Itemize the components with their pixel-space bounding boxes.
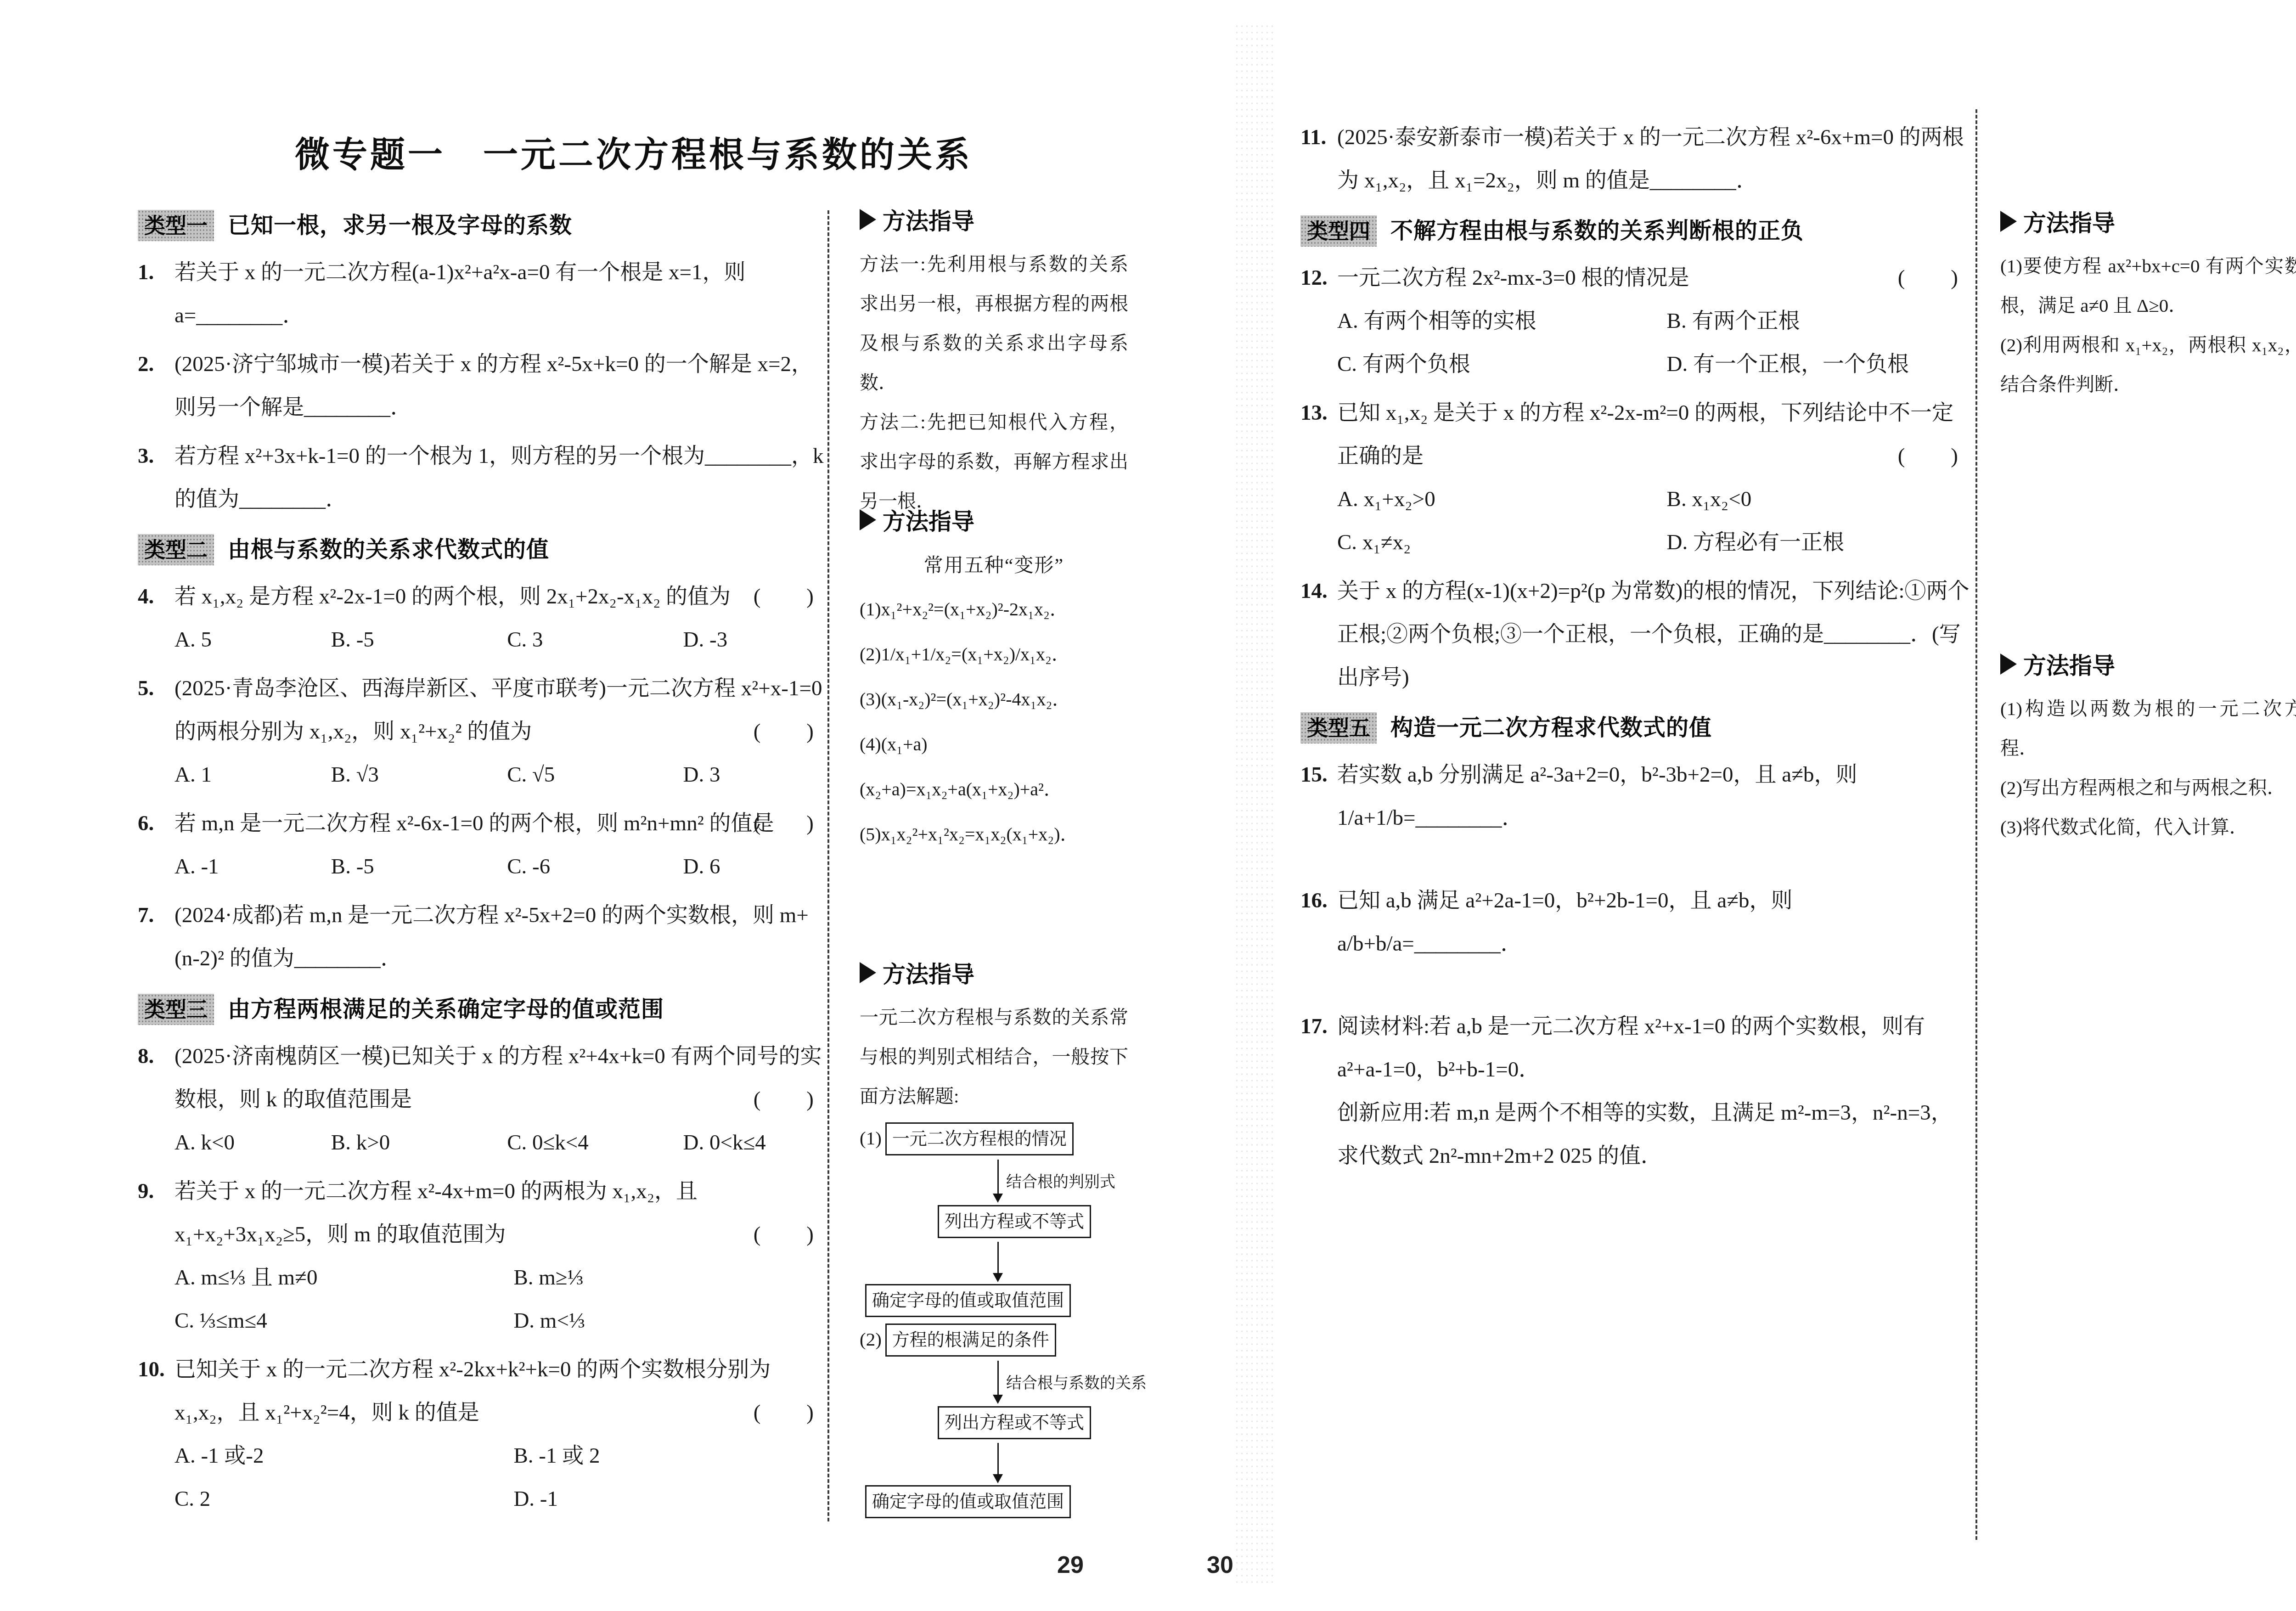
left-column-divider	[827, 210, 829, 1521]
problem-17: 17.阅读材料:若 a,b 是一元二次方程 x²+x-1=0 的两个实数根，则有…	[1300, 1005, 1971, 1177]
answer-bracket: ( )	[754, 1078, 815, 1121]
option-b: B. x₁x₂<0	[1667, 478, 1971, 521]
section-type3: 类型三由方程两根满足的关系确定字母的值或范围	[138, 986, 827, 1031]
problem-text: (2025·济南槐荫区一模)已知关于 x 的方程 x²+4x+k=0 有两个同号…	[174, 1044, 822, 1111]
problem-number: 14.	[1300, 569, 1337, 613]
problem-14: 14.关于 x 的方程(x-1)(x+2)=p²(p 为常数)的根的情况，下列结…	[1300, 569, 1971, 699]
option-b: B. m≥⅓	[513, 1256, 827, 1299]
problem-12: 12.一元二次方程 2x²-mx-3=0 根的情况是( ) A. 有两个相等的实…	[1300, 256, 1971, 386]
option-a: A. 5	[174, 618, 331, 661]
problem-9: 9.若关于 x 的一元二次方程 x²-4x+m=0 的两根为 x₁,x₂，且 x…	[138, 1170, 827, 1342]
method-guide-3: 方法指导 一元二次方程根与系数的关系常与根的判别式相结合，一般按下面方法解题: …	[860, 956, 1128, 1518]
guide-header: 方法指导	[2000, 205, 2296, 238]
section-type1: 类型一已知一根，求另一根及字母的系数	[138, 202, 827, 247]
options-grid: A. 有两个相等的实根 B. 有两个正根 C. 有两个负根 D. 有一个正根，一…	[1300, 299, 1971, 386]
problem-number: 3.	[138, 434, 174, 478]
option-d: D. 0<k≤4	[683, 1121, 827, 1164]
guide-label: 方法指导	[883, 203, 974, 236]
problem-text: (2025·济宁邹城市一模)若关于 x 的方程 x²-5x+k=0 的一个解是 …	[174, 352, 813, 419]
method-guide-4: 方法指导 (1)要使方程 ax²+bx+c=0 有两个实数根，满足 a≠0 且 …	[2000, 205, 2296, 404]
flow-box-3: 确定字母的值或取值范围	[865, 1485, 1071, 1518]
flow-box-3: 确定字母的值或取值范围	[865, 1284, 1071, 1317]
option-a: A. 有两个相等的实根	[1337, 299, 1667, 343]
guide-label: 方法指导	[883, 956, 974, 989]
flow-arrow-row	[860, 1439, 1128, 1485]
guide-formulas: (1)x₁²+x₂²=(x₁+x₂)²-2x₁x₂． (2)1/x₁+1/x₂=…	[860, 587, 1128, 857]
flow-box-1: 方程的根满足的条件	[885, 1324, 1056, 1357]
flow-arrow-label: 结合根的判别式	[1006, 1169, 1115, 1192]
option-d: D. 有一个正根，一个负根	[1667, 343, 1971, 386]
option-d: D. -3	[683, 618, 827, 661]
type4-title: 不解方程由根与系数的关系判断根的正负	[1390, 209, 1804, 253]
flow-label: (1)	[860, 1127, 882, 1149]
problem-number: 1.	[138, 251, 174, 294]
guide-arrow-icon	[2000, 653, 2017, 675]
answer-bracket: ( )	[754, 802, 815, 845]
option-b: B. -5	[331, 618, 507, 661]
guide-label: 方法指导	[2023, 205, 2115, 238]
option-a: A. m≤⅓ 且 m≠0	[174, 1256, 513, 1299]
type5-badge: 类型五	[1300, 712, 1377, 744]
problem-text: 若方程 x²+3x+k-1=0 的一个根为 1，则方程的另一个根为_______…	[174, 444, 824, 511]
option-c: C. √5	[507, 753, 683, 796]
option-a: A. -1	[174, 845, 331, 888]
flow-box-2: 列出方程或不等式	[938, 1406, 1091, 1439]
problem-number: 4.	[138, 575, 174, 618]
guide-label: 方法指导	[883, 503, 974, 536]
problem-number: 16.	[1300, 879, 1337, 922]
flow-step-row: (2)方程的根满足的条件	[860, 1324, 1128, 1357]
guide-label: 方法指导	[2023, 648, 2115, 681]
flowchart-1: (1)一元二次方程根的情况 结合根的判别式 列出方程或不等式 确定字母的值或取值…	[860, 1122, 1128, 1317]
options-grid: A. m≤⅓ 且 m≠0 B. m≥⅓ C. ⅓≤m≤4 D. m<⅓	[138, 1256, 827, 1342]
option-c: C. ⅓≤m≤4	[174, 1299, 513, 1342]
type1-title: 已知一根，求另一根及字母的系数	[228, 204, 572, 247]
answer-bracket: ( )	[754, 710, 815, 753]
down-arrow-icon	[997, 1242, 999, 1280]
problem-number: 11.	[1300, 116, 1337, 159]
answer-bracket: ( )	[754, 575, 815, 618]
guide-header: 方法指导	[860, 203, 1128, 236]
options-grid: A. x₁+x₂>0 B. x₁x₂<0 C. x₁≠x₂ D. 方程必有一正根	[1300, 478, 1971, 564]
method-guide-1: 方法指导 方法一:先利用根与系数的关系求出另一根，再根据方程的两根及根与系数的关…	[860, 203, 1128, 521]
option-d: D. -1	[513, 1477, 827, 1521]
type2-badge: 类型二	[138, 534, 214, 565]
type3-badge: 类型三	[138, 994, 214, 1025]
answer-bracket: ( )	[754, 1391, 815, 1434]
problem-number: 17.	[1300, 1005, 1337, 1048]
guide-header: 方法指导	[2000, 648, 2296, 681]
problem-text: 已知关于 x 的一元二次方程 x²-2kx+k²+k=0 的两个实数根分别为 x…	[174, 1358, 771, 1425]
section-type4: 类型四不解方程由根与系数的关系判断根的正负	[1300, 208, 1971, 253]
option-d: D. m<⅓	[513, 1299, 827, 1342]
problem-number: 15.	[1300, 753, 1337, 796]
option-c: C. 0≤k<4	[507, 1121, 683, 1164]
flow-arrow-label: 结合根与系数的关系	[1006, 1370, 1147, 1393]
options-row: A. -1 B. -5 C. -6 D. 6	[138, 845, 827, 888]
problem-2: 2.(2025·济宁邹城市一模)若关于 x 的方程 x²-5x+k=0 的一个解…	[138, 343, 827, 429]
type3-title: 由方程两根满足的关系确定字母的值或范围	[228, 988, 664, 1031]
problem-number: 2.	[138, 343, 174, 386]
option-b: B. -5	[331, 845, 507, 888]
answer-bracket: ( )	[754, 1213, 815, 1256]
problem-7: 7.(2024·成都)若 m,n 是一元二次方程 x²-5x+2=0 的两个实数…	[138, 894, 827, 980]
option-b: B. k>0	[331, 1121, 507, 1164]
page-title: 微专题一 一元二次方程根与系数的关系	[138, 127, 1130, 177]
option-a: A. k<0	[174, 1121, 331, 1164]
option-b: B. 有两个正根	[1667, 299, 1971, 343]
options-row: A. 5 B. -5 C. 3 D. -3	[138, 618, 827, 661]
option-a: A. x₁+x₂>0	[1337, 478, 1667, 521]
page-number-left: 29	[1057, 1551, 1084, 1579]
down-arrow-icon	[997, 1443, 999, 1481]
problem-number: 9.	[138, 1170, 174, 1213]
guide-arrow-icon	[860, 509, 876, 530]
problem-text: 已知 a,b 满足 a²+2a-1=0，b²+2b-1=0，且 a≠b，则 a/…	[1337, 889, 1793, 956]
flow-box-2: 列出方程或不等式	[938, 1205, 1091, 1238]
option-c: C. 3	[507, 618, 683, 661]
flow-arrow-row: 结合根的判别式	[860, 1155, 1128, 1205]
type5-title: 构造一元二次方程求代数式的值	[1390, 706, 1712, 749]
problem-1: 1.若关于 x 的一元二次方程(a-1)x²+a²x-a=0 有一个根是 x=1…	[138, 251, 827, 337]
problem-number: 13.	[1300, 391, 1337, 434]
problem-number: 6.	[138, 802, 174, 845]
problem-10: 10.已知关于 x 的一元二次方程 x²-2kx+k²+k=0 的两个实数根分别…	[138, 1348, 827, 1521]
options-row: A. 1 B. √3 C. √5 D. 3	[138, 753, 827, 796]
answer-bracket: ( )	[1898, 256, 1959, 299]
problem-number: 10.	[138, 1348, 174, 1391]
guide-header: 方法指导	[860, 503, 1128, 536]
option-b: B. √3	[331, 753, 507, 796]
problem-number: 8.	[138, 1035, 174, 1078]
problem-text: 一元二次方程 2x²-mx-3=0 根的情况是	[1337, 266, 1689, 290]
problem-3: 3.若方程 x²+3x+k-1=0 的一个根为 1，则方程的另一个根为_____…	[138, 434, 827, 521]
down-arrow-icon	[997, 1361, 999, 1403]
page-gutter	[1234, 23, 1273, 1584]
flowchart-2: (2)方程的根满足的条件 结合根与系数的关系 列出方程或不等式 确定字母的值或取…	[860, 1324, 1128, 1518]
problem-15: 15.若实数 a,b 分别满足 a²-3a+2=0，b²-3b+2=0，且 a≠…	[1300, 753, 1971, 839]
option-a: A. 1	[174, 753, 331, 796]
problem-text: (2025·青岛李沧区、西海岸新区、平度市联考)一元二次方程 x²+x-1=0 …	[174, 676, 822, 744]
guide-body: (1)要使方程 ax²+bx+c=0 有两个实数根，满足 a≠0 且 Δ≥0． …	[2000, 246, 2296, 404]
problem-text: 若 m,n 是一元二次方程 x²-6x-1=0 的两个根，则 m²n+mn² 的…	[174, 811, 774, 835]
method-guide-2: 方法指导 常用五种“变形” (1)x₁²+x₂²=(x₁+x₂)²-2x₁x₂．…	[860, 503, 1128, 857]
guide-subtitle: 常用五种“变形”	[860, 545, 1128, 587]
problem-text: 阅读材料:若 a,b 是一元二次方程 x²+x-1=0 的两个实数根，则有 a²…	[1337, 1014, 1953, 1168]
type1-badge: 类型一	[138, 210, 214, 241]
guide-header: 方法指导	[860, 956, 1128, 989]
option-d: D. 方程必有一正根	[1667, 521, 1971, 564]
method-guide-5: 方法指导 (1)构造以两数为根的一元二次方程． (2)写出方程两根之和与两根之积…	[2000, 648, 2296, 847]
problem-text: 若实数 a,b 分别满足 a²-3a+2=0，b²-3b+2=0，且 a≠b，则…	[1337, 763, 1857, 830]
problem-text: (2025·泰安新泰市一模)若关于 x 的一元二次方程 x²-6x+m=0 的两…	[1337, 125, 1964, 192]
problem-13: 13.已知 x₁,x₂ 是关于 x 的方程 x²-2x-m²=0 的两根，下列结…	[1300, 391, 1971, 564]
flow-step-row: (1)一元二次方程根的情况	[860, 1122, 1128, 1155]
problem-6: 6.若 m,n 是一元二次方程 x²-6x-1=0 的两个根，则 m²n+mn²…	[138, 802, 827, 888]
problem-text: 已知 x₁,x₂ 是关于 x 的方程 x²-2x-m²=0 的两根，下列结论中不…	[1337, 401, 1953, 468]
type2-title: 由根与系数的关系求代数式的值	[228, 528, 549, 571]
problem-text: 关于 x 的方程(x-1)(x+2)=p²(p 为常数)的根的情况，下列结论:①…	[1337, 579, 1969, 689]
flow-arrow-row	[860, 1238, 1128, 1284]
problem-4: 4.若 x₁,x₂ 是方程 x²-2x-1=0 的两个根，则 2x₁+2x₂-x…	[138, 575, 827, 661]
option-c: C. x₁≠x₂	[1337, 521, 1667, 564]
type4-badge: 类型四	[1300, 215, 1377, 247]
problem-number: 12.	[1300, 256, 1337, 299]
guide-body: (1)构造以两数为根的一元二次方程． (2)写出方程两根之和与两根之积． (3)…	[2000, 689, 2296, 847]
problem-number: 7.	[138, 894, 174, 937]
flow-arrow-row: 结合根与系数的关系	[860, 1357, 1128, 1406]
option-d: D. 3	[683, 753, 827, 796]
right-problems-column: 11.(2025·泰安新泰市一模)若关于 x 的一元二次方程 x²-6x+m=0…	[1300, 116, 1971, 1183]
left-problems-column: 类型一已知一根，求另一根及字母的系数 1.若关于 x 的一元二次方程(a-1)x…	[138, 197, 827, 1526]
option-c: C. 2	[174, 1477, 513, 1521]
option-b: B. -1 或 2	[513, 1434, 827, 1477]
problem-text: 若关于 x 的一元二次方程 x²-4x+m=0 的两根为 x₁,x₂，且 x₁+…	[174, 1179, 698, 1246]
flow-box-1: 一元二次方程根的情况	[885, 1122, 1074, 1155]
problem-text: 若关于 x 的一元二次方程(a-1)x²+a²x-a=0 有一个根是 x=1，则…	[174, 260, 745, 327]
option-c: C. 有两个负根	[1337, 343, 1667, 386]
option-d: D. 6	[683, 845, 827, 888]
right-column-divider	[1975, 109, 1977, 1540]
guide-arrow-icon	[860, 962, 876, 983]
options-row: A. k<0 B. k>0 C. 0≤k<4 D. 0<k≤4	[138, 1121, 827, 1164]
problem-11: 11.(2025·泰安新泰市一模)若关于 x 的一元二次方程 x²-6x+m=0…	[1300, 116, 1971, 202]
down-arrow-icon	[997, 1160, 999, 1201]
flow-label: (2)	[860, 1329, 882, 1350]
problem-5: 5.(2025·青岛李沧区、西海岸新区、平度市联考)一元二次方程 x²+x-1=…	[138, 667, 827, 796]
problem-text: 若 x₁,x₂ 是方程 x²-2x-1=0 的两个根，则 2x₁+2x₂-x₁x…	[174, 585, 731, 608]
problem-text: (2024·成都)若 m,n 是一元二次方程 x²-5x+2=0 的两个实数根，…	[174, 903, 809, 970]
section-type2: 类型二由根与系数的关系求代数式的值	[138, 526, 827, 571]
problem-16: 16.已知 a,b 满足 a²+2a-1=0，b²+2b-1=0，且 a≠b，则…	[1300, 879, 1971, 965]
guide-body: 方法一:先利用根与系数的关系求出另一根，再根据方程的两根及根与系数的关系求出字母…	[860, 244, 1128, 521]
option-a: A. -1 或-2	[174, 1434, 513, 1477]
problem-number: 5.	[138, 667, 174, 710]
answer-bracket: ( )	[1898, 434, 1959, 478]
guide-arrow-icon	[860, 209, 876, 230]
problem-8: 8.(2025·济南槐荫区一模)已知关于 x 的方程 x²+4x+k=0 有两个…	[138, 1035, 827, 1164]
guide-body: 一元二次方程根与系数的关系常与根的判别式相结合，一般按下面方法解题:	[860, 997, 1128, 1116]
section-type5: 类型五构造一元二次方程求代数式的值	[1300, 704, 1971, 749]
options-grid: A. -1 或-2 B. -1 或 2 C. 2 D. -1	[138, 1434, 827, 1521]
option-c: C. -6	[507, 845, 683, 888]
page-number-right: 30	[1207, 1551, 1233, 1579]
guide-arrow-icon	[2000, 211, 2017, 232]
